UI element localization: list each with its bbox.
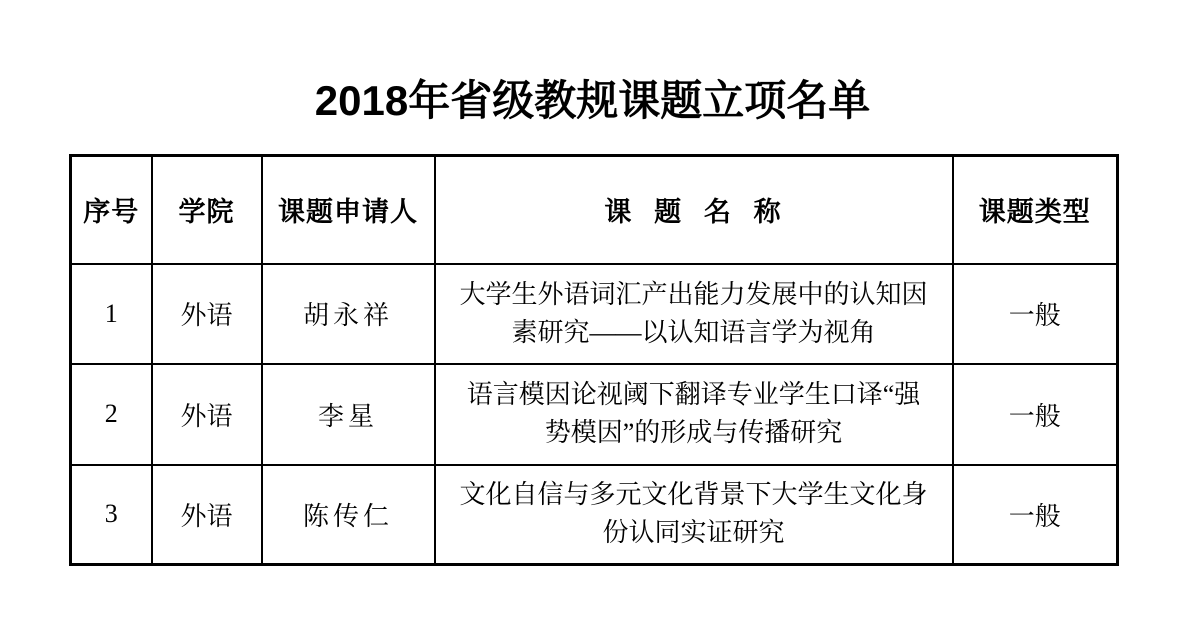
cell-project-type: 一般 bbox=[953, 364, 1118, 465]
cell-college: 外语 bbox=[152, 364, 262, 465]
cell-project-type: 一般 bbox=[953, 465, 1118, 565]
cell-project-title: 语言模因论视阈下翻译专业学生口译“强 势模因”的形成与传播研究 bbox=[435, 364, 953, 465]
cell-serial-number: 2 bbox=[71, 364, 152, 465]
table-row: 2 外语 李星 语言模因论视阈下翻译专业学生口译“强 势模因”的形成与传播研究 … bbox=[71, 364, 1118, 465]
column-header-applicant: 课题申请人 bbox=[262, 156, 435, 264]
column-header-college: 学院 bbox=[152, 156, 262, 264]
cell-serial-number: 3 bbox=[71, 465, 152, 565]
page-title: 2018年省级教规课题立项名单 bbox=[69, 68, 1116, 128]
cell-project-type: 一般 bbox=[953, 264, 1118, 364]
cell-applicant: 胡永祥 bbox=[262, 264, 435, 364]
column-header-type: 课题类型 bbox=[953, 156, 1118, 264]
column-header-no: 序号 bbox=[71, 156, 152, 264]
column-header-project: 课 题 名 称 bbox=[435, 156, 953, 264]
table-header-row: 序号 学院 课题申请人 课 题 名 称 课题类型 bbox=[71, 156, 1118, 264]
cell-college: 外语 bbox=[152, 465, 262, 565]
cell-project-title: 大学生外语词汇产出能力发展中的认知因 素研究——以认知语言学为视角 bbox=[435, 264, 953, 364]
table-row: 3 外语 陈传仁 文化自信与多元文化背景下大学生文化身 份认同实证研究 一般 bbox=[71, 465, 1118, 565]
cell-applicant: 陈传仁 bbox=[262, 465, 435, 565]
cell-serial-number: 1 bbox=[71, 264, 152, 364]
cell-college: 外语 bbox=[152, 264, 262, 364]
project-approval-table: 序号 学院 课题申请人 课 题 名 称 课题类型 1 外语 胡永祥 大学生外语词… bbox=[69, 154, 1119, 566]
cell-project-title: 文化自信与多元文化背景下大学生文化身 份认同实证研究 bbox=[435, 465, 953, 565]
table-row: 1 外语 胡永祥 大学生外语词汇产出能力发展中的认知因 素研究——以认知语言学为… bbox=[71, 264, 1118, 364]
document-page: 2018年省级教规课题立项名单 序号 学院 课题申请人 课 题 名 称 课题类型… bbox=[0, 0, 1178, 636]
cell-applicant: 李星 bbox=[262, 364, 435, 465]
